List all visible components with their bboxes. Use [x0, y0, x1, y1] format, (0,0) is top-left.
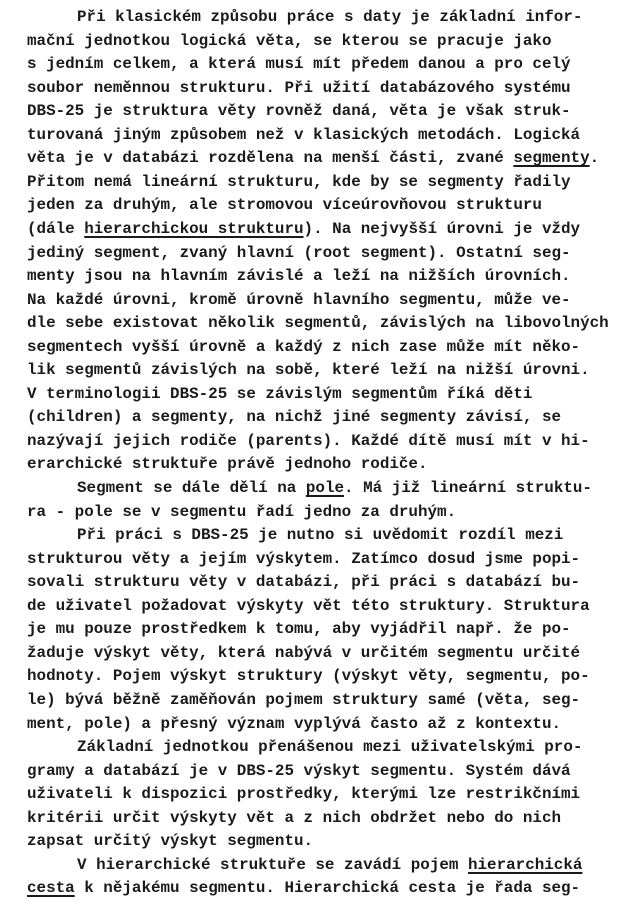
- text-run: dle sebe existovat několik segmentů, záv…: [27, 314, 609, 332]
- text-run: . Má již lineární struktu-: [344, 479, 592, 497]
- text-line: strukturou věty a jejím výskytem. Zatímc…: [27, 549, 580, 569]
- underlined-term: hierarchická: [468, 856, 582, 874]
- text-run: ). Na nejvyšší úrovni je vždy: [304, 220, 581, 238]
- text-line: gramy a databází je v DBS-25 výskyt segm…: [27, 761, 571, 781]
- text-line: Na každé úrovni, kromě úrovně hlavního s…: [27, 290, 571, 310]
- text-line: Při práci s DBS-25 je nutno si uvědomit …: [77, 525, 563, 545]
- underlined-term: hierarchickou strukturu: [84, 220, 303, 238]
- text-run: erarchické struktuře právě jednoho rodič…: [27, 455, 428, 473]
- text-run: k nějakému segmentu. Hierarchická cesta …: [75, 879, 580, 897]
- text-run: sovali strukturu věty v databázi, při pr…: [27, 573, 580, 591]
- text-line: sovali strukturu věty v databázi, při pr…: [27, 572, 580, 592]
- text-run: menty jsou na hlavním závislé a leží na …: [27, 267, 571, 285]
- text-run: Na každé úrovni, kromě úrovně hlavního s…: [27, 291, 571, 309]
- text-line: lik segmentů závislých na sobě, které le…: [27, 360, 590, 380]
- text-line: (children) a segmenty, na nichž jiné seg…: [27, 407, 561, 427]
- text-run: žaduje výskyt věty, která nabývá v určit…: [27, 644, 580, 662]
- text-run: gramy a databází je v DBS-25 výskyt segm…: [27, 762, 571, 780]
- text-line: cesta k nějakému segmentu. Hierarchická …: [27, 878, 580, 898]
- text-run: .: [590, 149, 600, 167]
- text-run: s jedním celkem, a která musí mít předem…: [27, 55, 571, 73]
- text-line: Při klasickém způsobu práce s daty je zá…: [77, 7, 582, 27]
- text-run: Při práci s DBS-25 je nutno si uvědomit …: [77, 526, 563, 544]
- text-line: jediný segment, zvaný hlavní (root segme…: [27, 243, 571, 263]
- text-run: turovaná jiným způsobem než v klasických…: [27, 126, 580, 144]
- text-line: V terminologii DBS-25 se závislým segmen…: [27, 384, 532, 404]
- text-line: ra - pole se v segmentu řadí jedno za dr…: [27, 502, 456, 522]
- text-line: nazývají jejich rodiče (parents). Každé …: [27, 431, 590, 451]
- text-run: V terminologii DBS-25 se závislým segmen…: [27, 385, 532, 403]
- text-run: Při klasickém způsobu práce s daty je zá…: [77, 8, 582, 26]
- text-run: mační jednotkou logická věta, se kterou …: [27, 32, 551, 50]
- text-line: dle sebe existovat několik segmentů, záv…: [27, 313, 609, 333]
- text-line: soubor neměnnou strukturu. Při užití dat…: [27, 78, 571, 98]
- text-run: uživateli k dispozici prostředky, kterým…: [27, 785, 580, 803]
- text-run: strukturou věty a jejím výskytem. Zatímc…: [27, 550, 580, 568]
- text-line: de uživatel požadovat výskyty vět této s…: [27, 596, 590, 616]
- text-run: jediný segment, zvaný hlavní (root segme…: [27, 244, 571, 262]
- text-line: Segment se dále dělí na pole. Má již lin…: [77, 478, 592, 498]
- text-line: erarchické struktuře právě jednoho rodič…: [27, 454, 428, 474]
- text-line: žaduje výskyt věty, která nabývá v určit…: [27, 643, 580, 663]
- text-line: mační jednotkou logická věta, se kterou …: [27, 31, 551, 51]
- text-line: uživateli k dispozici prostředky, kterým…: [27, 784, 580, 804]
- text-line: jeden za druhým, ale stromovou víceúrovň…: [27, 195, 542, 215]
- underlined-term: segmenty: [513, 149, 589, 167]
- text-run: Přitom nemá lineární strukturu, kde by s…: [27, 173, 571, 191]
- document-page: Při klasickém způsobu práce s daty je zá…: [0, 0, 637, 919]
- text-line: turovaná jiným způsobem než v klasických…: [27, 125, 580, 145]
- text-run: soubor neměnnou strukturu. Při užití dat…: [27, 79, 571, 97]
- text-run: jeden za druhým, ale stromovou víceúrovň…: [27, 196, 542, 214]
- text-line: zapsat určitý výskyt segmentu.: [27, 831, 313, 851]
- text-line: ment, pole) a přesný význam vyplývá čast…: [27, 714, 561, 734]
- text-line: kritérii určit výskyty vět a z nich obdr…: [27, 808, 561, 828]
- text-run: DBS-25 je struktura věty rovněž daná, vě…: [27, 102, 571, 120]
- text-run: (children) a segmenty, na nichž jiné seg…: [27, 408, 561, 426]
- text-run: (dále: [27, 220, 84, 238]
- text-line: DBS-25 je struktura věty rovněž daná, vě…: [27, 101, 571, 121]
- text-line: (dále hierarchickou strukturu). Na nejvy…: [27, 219, 580, 239]
- underlined-term: cesta: [27, 879, 75, 897]
- text-run: je mu pouze prostředkem k tomu, aby vyjá…: [27, 620, 571, 638]
- text-line: menty jsou na hlavním závislé a leží na …: [27, 266, 571, 286]
- text-line: s jedním celkem, a která musí mít předem…: [27, 54, 571, 74]
- text-run: Segment se dále dělí na: [77, 479, 306, 497]
- text-run: nazývají jejich rodiče (parents). Každé …: [27, 432, 590, 450]
- text-run: ra - pole se v segmentu řadí jedno za dr…: [27, 503, 456, 521]
- text-line: věta je v databázi rozdělena na menší čá…: [27, 148, 599, 168]
- text-run: Základní jednotkou přenášenou mezi uživa…: [77, 738, 582, 756]
- text-line: le) bývá běžně zaměňován pojmem struktur…: [27, 690, 580, 710]
- text-run: ment, pole) a přesný význam vyplývá čast…: [27, 715, 561, 733]
- text-line: hodnoty. Pojem výskyt struktury (výskyt …: [27, 666, 590, 686]
- text-run: le) bývá běžně zaměňován pojmem struktur…: [27, 691, 580, 709]
- text-run: de uživatel požadovat výskyty vět této s…: [27, 597, 590, 615]
- text-line: Základní jednotkou přenášenou mezi uživa…: [77, 737, 582, 757]
- text-line: Přitom nemá lineární strukturu, kde by s…: [27, 172, 571, 192]
- text-run: V hierarchické struktuře se zavádí pojem: [77, 856, 468, 874]
- underlined-term: pole: [306, 479, 344, 497]
- text-run: hodnoty. Pojem výskyt struktury (výskyt …: [27, 667, 590, 685]
- text-run: věta je v databázi rozdělena na menší čá…: [27, 149, 513, 167]
- text-run: segmentech vyšší úrovně a každý z nich z…: [27, 338, 580, 356]
- text-run: zapsat určitý výskyt segmentu.: [27, 832, 313, 850]
- text-run: kritérii určit výskyty vět a z nich obdr…: [27, 809, 561, 827]
- text-line: segmentech vyšší úrovně a každý z nich z…: [27, 337, 580, 357]
- text-line: je mu pouze prostředkem k tomu, aby vyjá…: [27, 619, 571, 639]
- text-line: V hierarchické struktuře se zavádí pojem…: [77, 855, 582, 875]
- text-run: lik segmentů závislých na sobě, které le…: [27, 361, 590, 379]
